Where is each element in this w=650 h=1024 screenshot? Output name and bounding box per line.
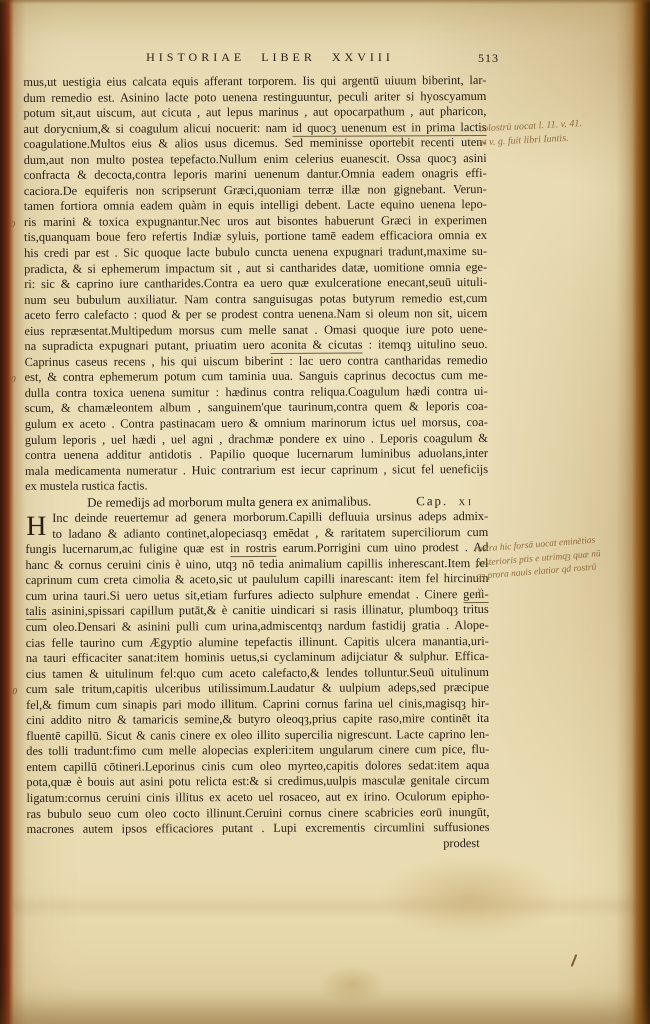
page-curvature-shading [0, 893, 650, 919]
paragraph-1: mus,ut uestigia eius calcata equis affer… [23, 73, 488, 495]
underlined-phrase: id quocȝ uenenum est in prima lactis [292, 120, 486, 137]
text-line: macrones autem ipsos efficaciores putant… [27, 820, 490, 838]
pen-mark [571, 954, 578, 967]
paragraph-2: H Inc deinde reuertemur ad genera morbor… [25, 509, 489, 838]
text-block: mus,ut uestigia eius calcata equis affer… [23, 73, 489, 853]
underlined-phrase: aconita & cicutas [271, 338, 363, 354]
underlined-phrase: talis [26, 604, 47, 620]
underlined-phrase: in rostris [230, 541, 277, 557]
catchword: prodest [27, 836, 490, 854]
running-header: HISTORIAE LIBER XXVIII 513 [25, 50, 517, 66]
header-title: HISTORIAE LIBER XXVIII [100, 50, 440, 65]
page-edge-right [616, 0, 650, 1024]
page-number: 513 [478, 51, 499, 66]
chapter-heading: De remedijs ad morborum multa genera ex … [25, 493, 488, 511]
chapter-heading-text: De remedijs ad morborum multa genera ex … [87, 494, 371, 509]
page-edge-top [0, 0, 650, 4]
book-page: HISTORIAE LIBER XXVIII 513 mus,ut uestig… [0, 0, 650, 1024]
chapter-number: Cap. xi [416, 493, 474, 510]
binding-edge [0, 0, 26, 1024]
